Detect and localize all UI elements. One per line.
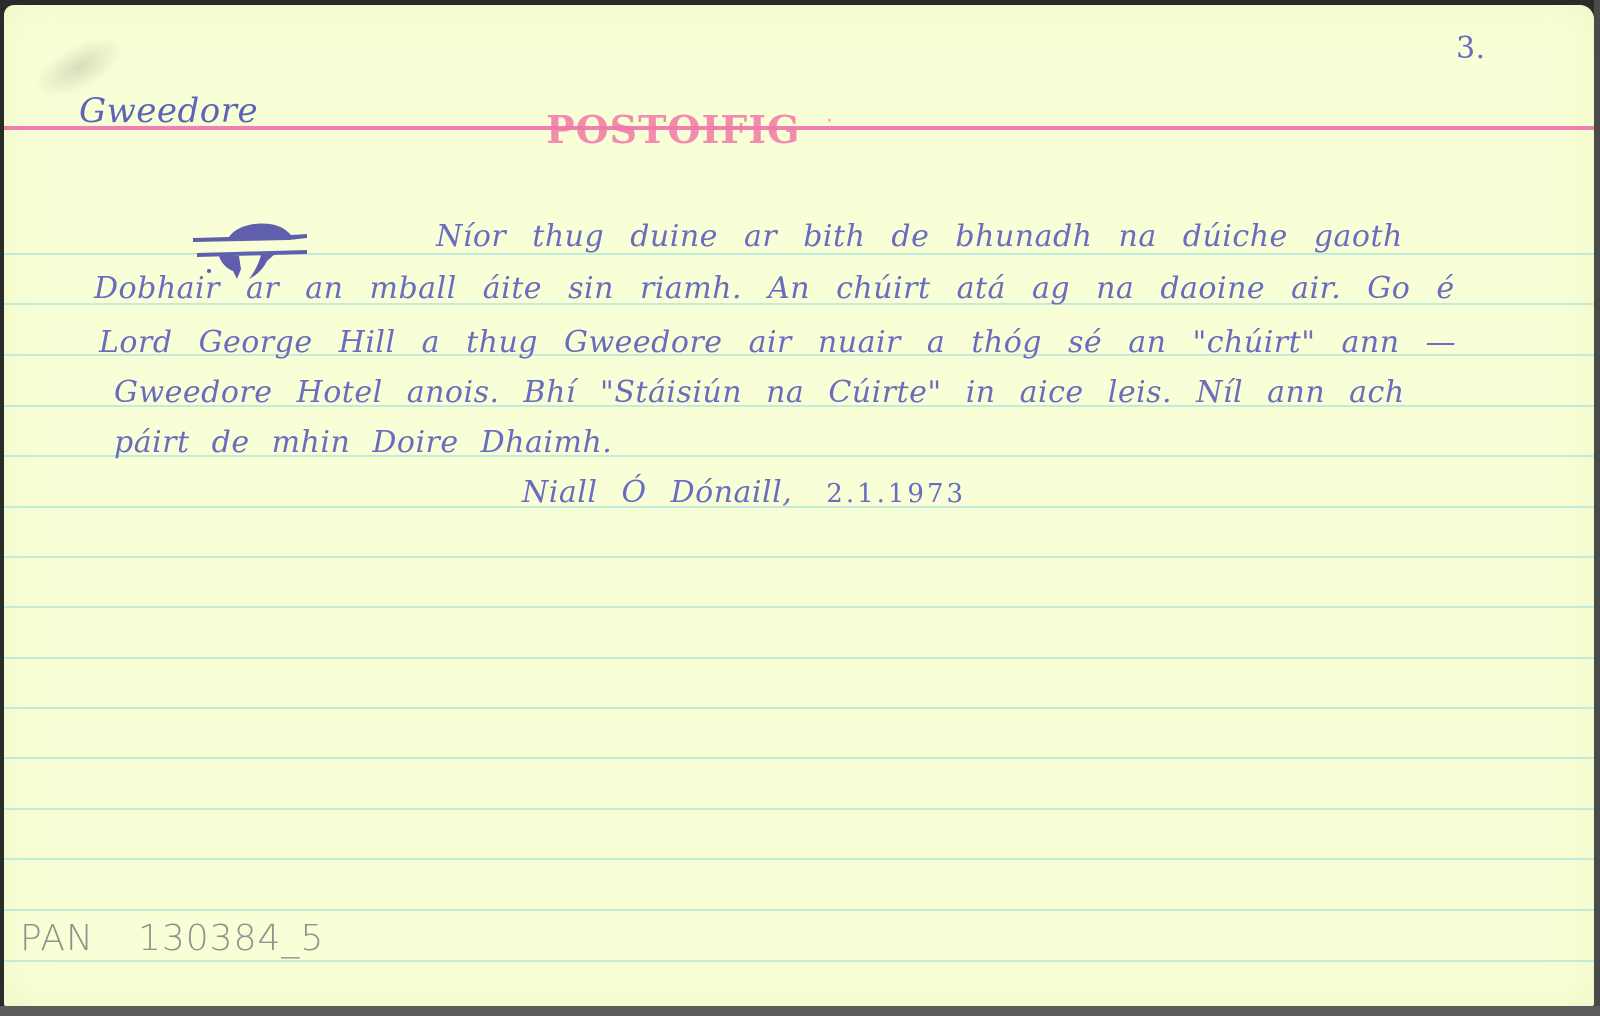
body-line-5: páirt de mhin Doire Dhaimh. <box>114 425 612 460</box>
archive-reference: PAN130384_5 <box>20 918 324 959</box>
card-heading: Gweedore <box>79 91 258 131</box>
index-card: Gweedore 3. POSTOIFIG · Níor thug duine … <box>4 5 1594 1006</box>
body-line-2: Dobhair ar an mball áite sin riamh. An c… <box>94 271 1455 306</box>
ruled-line <box>4 858 1594 860</box>
page-number: 3. <box>1456 31 1486 66</box>
archive-prefix: PAN <box>20 918 94 959</box>
signature-name: Niall Ó Dónaill, <box>522 475 792 510</box>
postoifig-stamp: POSTOIFIG <box>546 107 800 152</box>
body-line-3: Lord George Hill a thug Gweedore air nua… <box>99 325 1456 360</box>
signature: Niall Ó Dónaill, 2.1.1973 <box>522 475 966 510</box>
ruled-line <box>4 707 1594 709</box>
ruled-line <box>4 757 1594 759</box>
stamp-mark: · <box>826 109 833 134</box>
ruled-line <box>4 657 1594 659</box>
scanned-index-card: Gweedore 3. POSTOIFIG · Níor thug duine … <box>0 0 1600 1016</box>
archive-number: 130384_5 <box>138 918 324 959</box>
ruled-line <box>4 909 1594 911</box>
scan-border-bottom <box>0 1006 1600 1016</box>
ruled-line <box>4 808 1594 810</box>
ruled-line <box>4 606 1594 608</box>
body-line-1: Níor thug duine ar bith de bhunadh na dú… <box>436 219 1403 254</box>
ruled-line <box>4 556 1594 558</box>
body-line-4: Gweedore Hotel anois. Bhí "Stáisiún na C… <box>114 375 1405 410</box>
ruled-line <box>4 960 1594 962</box>
signature-date: 2.1.1973 <box>826 479 966 509</box>
scan-border-right <box>1594 0 1600 1016</box>
